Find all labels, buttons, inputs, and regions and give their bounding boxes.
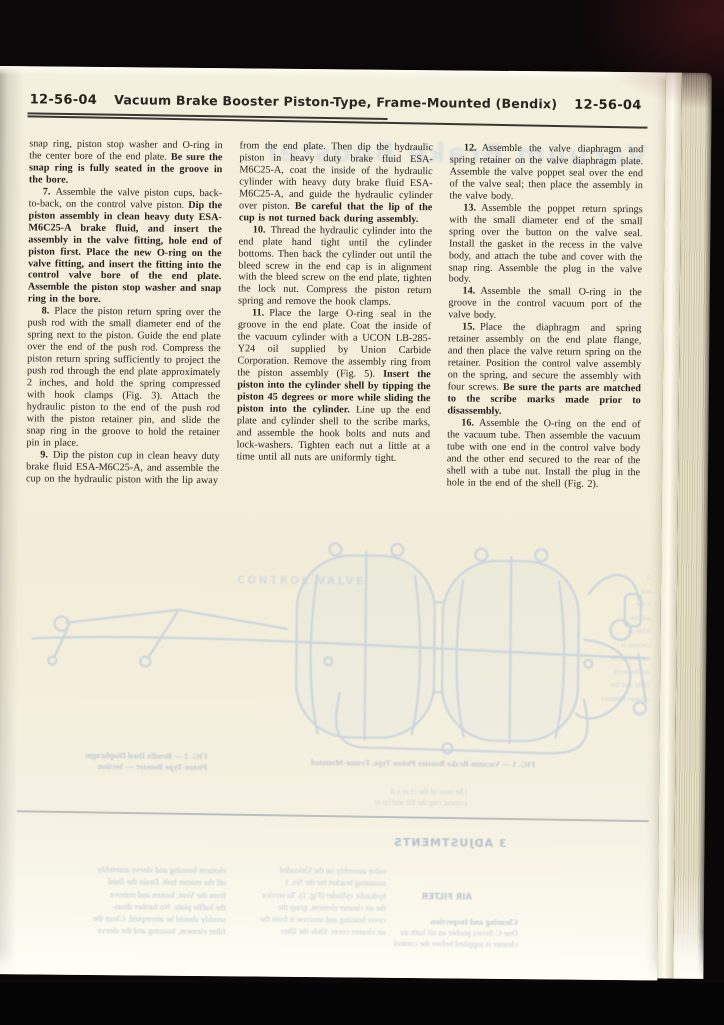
- ghost-text-line: cleaner is supplied before the control: [378, 938, 518, 950]
- ghost-paragraph-right: dente theoil thefilter incleaner ismoved…: [590, 570, 651, 706]
- paragraph: 14. Assemble the small O-ring in the gro…: [448, 286, 642, 324]
- paragraph: 13. Assemble the poppet return springs w…: [449, 202, 643, 288]
- body-text: Dip the piston cup in clean heavy duty b…: [26, 449, 220, 486]
- paragraph: from the end plate. Then dip the hydraul…: [239, 140, 433, 226]
- book-cover-top-edge: [0, 0, 724, 66]
- bold-text: 10.: [253, 224, 266, 235]
- bold-text: 15.: [462, 322, 475, 333]
- section-number-left: 12-56-04: [30, 92, 98, 108]
- ghost-text-line: filter element, housing and the sleeve: [18, 924, 226, 938]
- ghost-text-line: hydraulic cylinder (Fig. 1). To service: [244, 889, 386, 903]
- page-header: 12-56-04 Vacuum Brake Booster Piston-Typ…: [0, 66, 666, 113]
- paragraph: 8. Place the piston return spring over t…: [26, 306, 221, 451]
- paragraph: 11. Place the large O-ring seal in the g…: [237, 308, 432, 465]
- ghost-text-line: cleaner element: [590, 691, 650, 705]
- bold-text: 13.: [463, 202, 476, 213]
- bold-text: 8.: [42, 306, 50, 317]
- ghost-text-line: oil the: [591, 610, 651, 624]
- ghost-caption-left: FIG. 2 — Bendix Dual DiaphragmPiston-Typ…: [21, 750, 207, 773]
- body-text: Assemble the small O-ring in the groove …: [448, 286, 642, 321]
- ghost-text-line: air the body: [590, 664, 650, 678]
- section-number-right: 12-56-04: [574, 98, 642, 114]
- ghost-text-line: e the: [591, 597, 651, 611]
- ghost-text-line: filter in: [591, 624, 651, 638]
- text-column: from the end plate. Then dip the hydraul…: [236, 140, 433, 488]
- ghost-text-line: moved in the: [590, 651, 650, 665]
- bold-text: 7.: [43, 186, 51, 197]
- text-column: 12. Assemble the valve diaphragm and spr…: [447, 142, 644, 490]
- paragraph: 10. Thread the hydraulic cylinder into t…: [238, 224, 432, 310]
- text-columns: snap ring, piston stop washer and O-ring…: [26, 138, 643, 491]
- body-text: Assemble the poppet return springs with …: [449, 202, 643, 285]
- book-cover-bottom-edge: [0, 983, 724, 1025]
- page-sheet: Vacuum Brake Booster CONTROL VALVE: [0, 66, 666, 980]
- body-text: Assemble the O-ring on the end of the va…: [447, 418, 641, 490]
- ghost-cleaning-block: Cleaning and Inspection One C-Series pus…: [378, 916, 518, 950]
- body-text: Thread the hydraulic cylinder into the e…: [238, 224, 432, 308]
- ghost-text-line: ent: [591, 583, 651, 597]
- bold-text: 9.: [40, 449, 48, 460]
- bold-text: 11.: [252, 308, 264, 319]
- ghost-text-line: filter and the: [590, 678, 650, 692]
- paragraph: 12. Assemble the valve diaphragm and spr…: [449, 142, 643, 204]
- book-page: Vacuum Brake Booster CONTROL VALVE: [0, 66, 724, 981]
- ghost-figure-booster: [27, 538, 651, 772]
- ghost-text-line: air cleaner cover. Slide the filter: [244, 926, 386, 940]
- paragraph: 15. Place the diaphragm and spring retai…: [447, 322, 641, 419]
- bold-text: Dip the piston assembly in clean heavy d…: [28, 200, 222, 306]
- ghost-cleaning-lines: One C-Series pusher an oil bath airclean…: [378, 927, 518, 950]
- bold-text: 14.: [462, 286, 475, 297]
- ghost-text-line: d: [591, 570, 651, 584]
- ghost-rule-line: [17, 810, 649, 821]
- ghost-text-line: cover housing and unscrew it from the: [244, 914, 386, 928]
- text-column: snap ring, piston stop washer and O-ring…: [26, 138, 223, 486]
- ghost-pre-rule-text: t he mou of the cl er a dcement ring the…: [21, 782, 467, 808]
- bold-text: 16.: [461, 417, 474, 428]
- body-text: Place the piston return spring over the …: [26, 306, 221, 449]
- ghost-air-filter-heading: AIR FILTER: [408, 892, 472, 903]
- paragraph: 9. Dip the piston cup in clean heavy dut…: [26, 449, 220, 487]
- page-title: Vacuum Brake Booster Piston-Type, Frame-…: [97, 92, 574, 112]
- paragraph: snap ring, piston stop washer and O-ring…: [29, 138, 223, 188]
- ghost-caption-main: FIG. 1 — Vacuum Brake Booster Piston-Typ…: [191, 757, 535, 771]
- ghost-text-line: Piston-Type Booster — Section: [21, 761, 207, 773]
- ghost-paragraph-left: element housing and sleeve assemblyoff t…: [18, 862, 227, 938]
- body-text: Assemble the valve diaphragm and spring …: [449, 143, 643, 202]
- ghost-text-line: cleaner is: [590, 637, 650, 651]
- bold-text: 12.: [464, 143, 477, 154]
- ghost-paragraph-middle: valve assembly on the Unloadedmounting b…: [244, 864, 387, 939]
- paragraph: 7. Assemble the valve piston cups, back-…: [28, 186, 222, 307]
- scanned-manual-page-photo: Vacuum Brake Booster CONTROL VALVE: [0, 0, 724, 1025]
- ghost-adjustments-heading: 3 ADJUSTMENTS: [383, 836, 507, 850]
- paragraph: 16. Assemble the O-ring on the end of th…: [447, 417, 641, 491]
